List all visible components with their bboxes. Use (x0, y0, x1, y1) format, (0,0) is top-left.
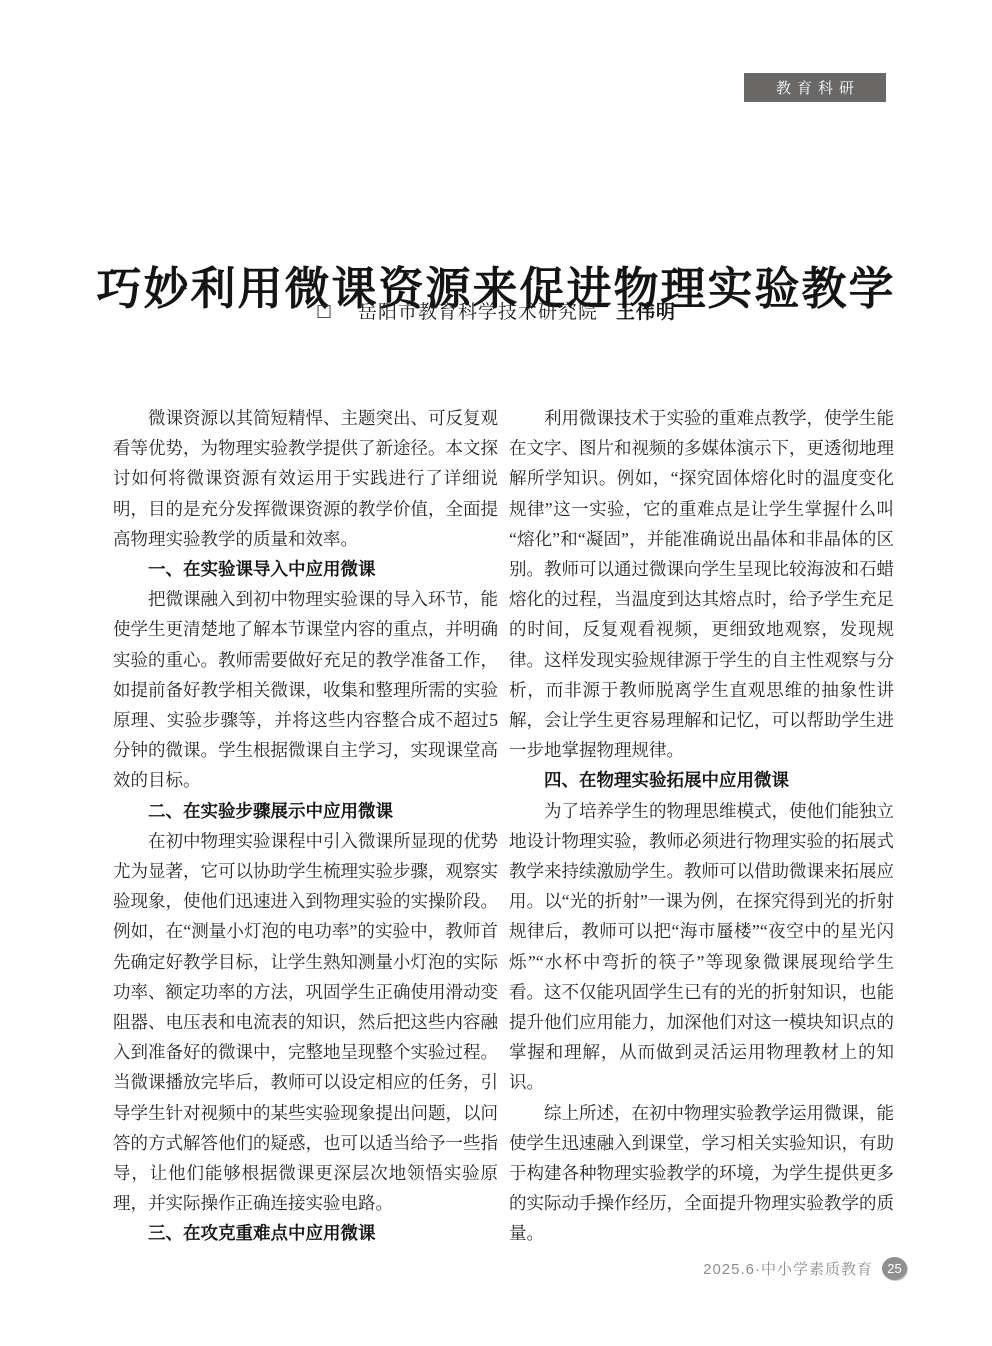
section-3-paragraph: 利用微课技术于实验的重难点教学，使学生能在文字、图片和视频的多媒体演示下，更透彻… (509, 403, 894, 765)
section-2-paragraph: 在初中物理实验课程中引入微课所显现的优势尤为显著，它可以协助学生梳理实验步骤，观… (113, 826, 498, 1219)
section-heading-1: 一、在实验课导入中应用微课 (113, 554, 498, 584)
category-badge: 教育科研 (744, 73, 886, 102)
page-footer: 2025.6·中小学素质教育 25 (703, 1257, 907, 1280)
conclusion-paragraph: 综上所述，在初中物理实验教学运用微课，能使学生迅速融入到课堂，学习相关实验知识，… (509, 1098, 894, 1249)
section-4-paragraph: 为了培养学生的物理思维模式，使他们能独立地设计物理实验，教师必须进行物理实验的拓… (509, 796, 894, 1098)
left-column: 微课资源以其简短精悍、主题突出、可反复观看等优势，为物理实验教学提供了新途径。本… (113, 403, 498, 1249)
right-column: 利用微课技术于实验的重难点教学，使学生能在文字、图片和视频的多媒体演示下，更透彻… (509, 403, 894, 1249)
journal-issue-label: 2025.6·中小学素质教育 (703, 1258, 873, 1279)
page-number-badge: 25 (882, 1257, 907, 1280)
author-affiliation: 岳阳市教育科学技术研究院 (358, 297, 598, 324)
byline-square-icon: □ (316, 301, 332, 321)
section-heading-2: 二、在实验步骤展示中应用微课 (113, 796, 498, 826)
journal-page: 教育科研 巧妙利用微课资源来促进物理实验教学 □ 岳阳市教育科学技术研究院 王伟… (0, 0, 992, 1346)
intro-paragraph: 微课资源以其简短精悍、主题突出、可反复观看等优势，为物理实验教学提供了新途径。本… (113, 403, 498, 554)
author-name: 王伟明 (616, 297, 676, 324)
article-body: 微课资源以其简短精悍、主题突出、可反复观看等优势，为物理实验教学提供了新途径。本… (113, 403, 894, 1249)
section-heading-4: 四、在物理实验拓展中应用微课 (509, 765, 894, 795)
section-heading-3: 三、在攻克重难点中应用微课 (113, 1218, 498, 1248)
section-1-paragraph: 把微课融入到初中物理实验课的导入环节，能使学生更清楚地了解本节课堂内容的重点，并… (113, 584, 498, 795)
byline: □ 岳阳市教育科学技术研究院 王伟明 (0, 297, 992, 324)
